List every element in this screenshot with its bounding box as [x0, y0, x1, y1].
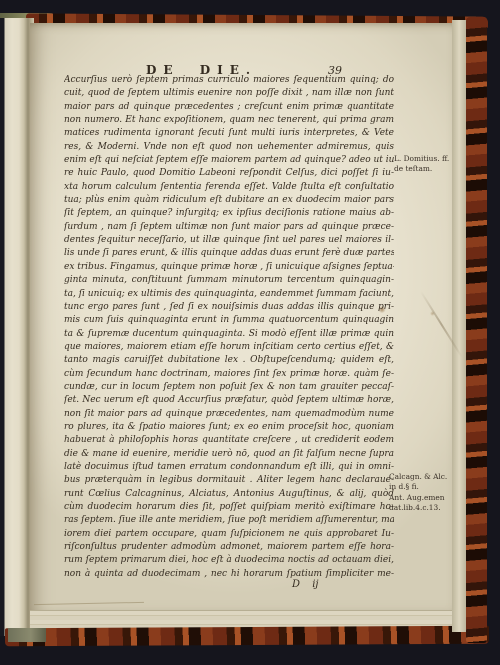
text-line: tua; plùs enim quàm ridiculum eſt dubita…	[64, 194, 394, 207]
text-line: enim eſt qui neſciat ſeptem eſſe maiorem…	[64, 154, 394, 167]
gutter-and-facing-page-edge	[0, 18, 34, 636]
text-line: ro plures, ita & ſpatio maiores ſunt; ex…	[64, 421, 394, 434]
text-line: rum ſeptem primarum diei, hoc eſt à duod…	[64, 554, 394, 567]
text-line: cuit, quod de ſeptem ultimis euenire non…	[64, 87, 394, 100]
text-line: ras ſeptem. ſiue ille ante meridiem, ſiu…	[64, 514, 394, 527]
text-line: Accurſius uerò ſeptem primas curriculo m…	[64, 74, 394, 87]
text-line: matices rudimenta ignorant ſecuti ſunt m…	[64, 127, 394, 140]
photo-of-open-book: DE DIE. 39 Accurſius uerò ſeptem primas …	[0, 0, 500, 665]
margin-note-citation: Calcagn. & Alc. in d.§ fi. Ant. Aug.emen…	[389, 472, 447, 513]
margin-note-line: Calcagn. & Alc.	[389, 472, 447, 482]
text-line: ſit ſeptem, an quinque? inſurgitq; ex ip…	[64, 207, 394, 220]
text-line: mis cum ſuis quinquaginta erunt in ſumma…	[64, 314, 394, 327]
text-line: ſet. Nec uerum eſt quod Accurſius præfat…	[64, 394, 394, 407]
text-line: cùm duodecim horarum dies ſit, poſſet qu…	[64, 501, 394, 514]
text-line: re huic Paulo, quod Domitio Labeoni reſp…	[64, 167, 394, 180]
text-line: ex tribus. Fingamus, quinque primæ horæ …	[64, 261, 394, 274]
text-line: lis unde ſi pares erunt, & illis quinque…	[64, 247, 394, 260]
text-line: maior pars ad quinque præcedentes ; creſ…	[64, 101, 394, 114]
text-line: res, & Moderni. Vnde non eſt quod non ue…	[64, 141, 394, 154]
cover-corner-bottom-left	[8, 628, 46, 642]
text-line: non à quinta ad duodecimam , nec hi hora…	[64, 568, 394, 581]
margin-note-line: dat.lib.4.c.13.	[389, 503, 447, 513]
margin-note-line: Ant. Aug.emen	[389, 493, 447, 503]
text-line: die & mane id euenire, meridie uerò nō, …	[64, 448, 394, 461]
text-line: riſconſultus prudenter admodùm admonet, …	[64, 541, 394, 554]
text-line: ſurdum , nam ſi ſeptem ultimæ non ſunt m…	[64, 221, 394, 234]
text-line: ta & ſupremæ ducentum quinquaginta. Si m…	[64, 328, 394, 341]
margin-note-line: de teſtam.	[394, 164, 449, 174]
text-line: non ſit maior pars ad quinque præcedente…	[64, 408, 394, 421]
text-line: dentes ſequitur neceſſario, ut illæ quin…	[64, 234, 394, 247]
text-line: tunc ergo pares ſunt , ſed ſi ex nouiſsi…	[64, 301, 394, 314]
gathering-signature: D ij	[292, 579, 319, 590]
margin-note-citation: L. Domitius. ff. de teſtam.	[394, 154, 449, 175]
text-line: non numero. Et hanc expoſitionem, quam n…	[64, 114, 394, 127]
text-line: cùm ſecundum hanc doctrinam, maiores ſin…	[64, 368, 394, 381]
text-line: iorem diei partem occupare, quam ſuſpici…	[64, 528, 394, 541]
text-line: runt Cœlius Calcagninus, Alciatus, Anton…	[64, 488, 394, 501]
body-text-block: Accurſius uerò ſeptem primas curriculo m…	[64, 74, 394, 581]
text-line: ta, ſi unicuiq; ex ultimis des quinquagi…	[64, 288, 394, 301]
text-line: latè docuimus iſtud tamen erratum condon…	[64, 461, 394, 474]
text-line: habuerat à philoſophis horas quantitate …	[64, 434, 394, 447]
text-line: bus præterquàm in legibus dormitauit . A…	[64, 474, 394, 487]
margin-note-line: in d.§ fi.	[389, 482, 447, 492]
marbled-cover-edge-bottom	[5, 626, 489, 647]
margin-note-line: L. Domitius. ff.	[394, 154, 449, 164]
text-line: tanto magis caruiſſet dubitatione lex . …	[64, 354, 394, 367]
marbled-cover-edge-right	[466, 17, 487, 643]
text-line: xta horum calculum ſententia ferenda eſſ…	[64, 181, 394, 194]
text-line: cundæ, cur in locum ſeptem non poſuit ſe…	[64, 381, 394, 394]
text-line: ginta minuta, conſtituunt ſummam minutor…	[64, 274, 394, 287]
text-line: que maiores, maiorem etiam eſſe horum in…	[64, 341, 394, 354]
